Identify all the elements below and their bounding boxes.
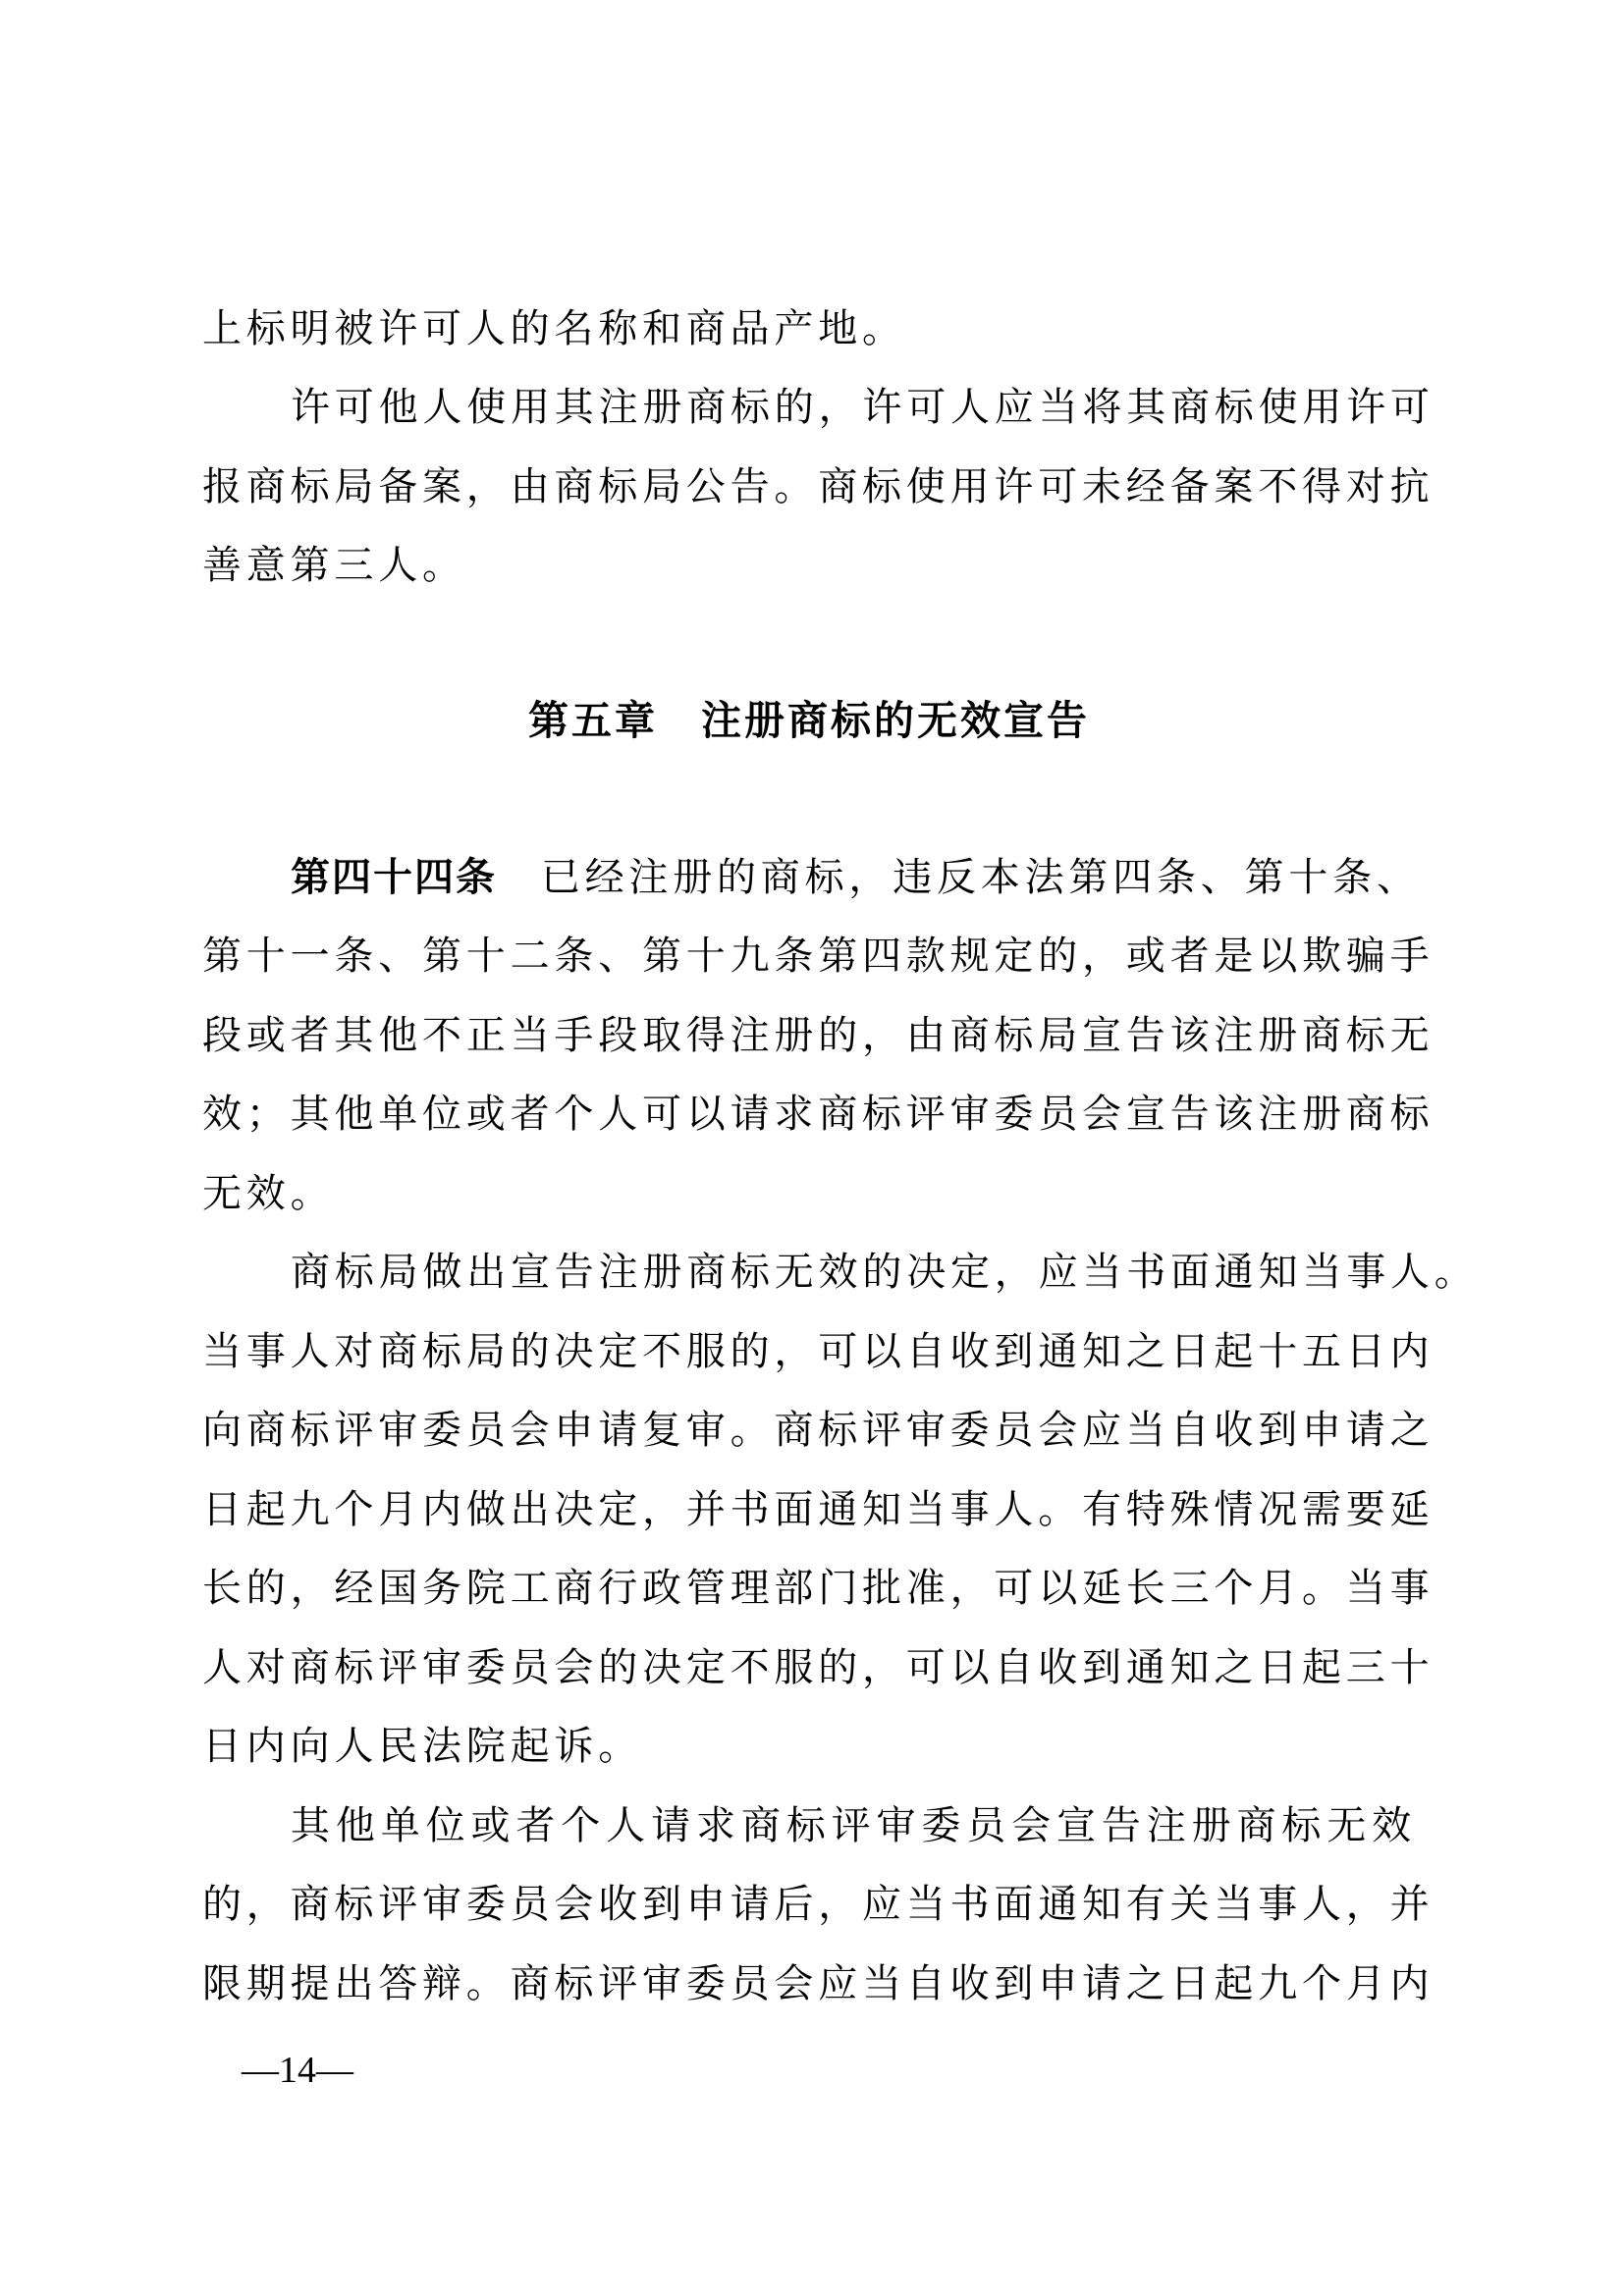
- paragraph-line: 许可他人使用其注册商标的，许可人应当将其商标使用许可: [291, 368, 1416, 447]
- paragraph-line: 第十一条、第十二条、第十九条第四款规定的，或者是以欺骗手: [202, 917, 1416, 995]
- paragraph-line: 其他单位或者个人请求商标评审委员会宣告注册商标无效: [291, 1787, 1416, 1865]
- paragraph-line: 效；其他单位或者个人可以请求商标评审委员会宣告该注册商标: [202, 1075, 1416, 1153]
- paragraph-line: 日内向人民法院起诉。: [202, 1707, 1416, 1786]
- paragraph-line: 无效。: [202, 1154, 1416, 1233]
- paragraph-line: 长的，经国务院工商行政管理部门批准，可以延长三个月。当事: [202, 1549, 1416, 1628]
- article-label: 第四十四条: [291, 855, 497, 900]
- article-first-line: 第四十四条 已经注册的商标，违反本法第四条、第十条、: [291, 838, 1416, 917]
- paragraph-line: 的，商标评审委员会收到申请后，应当书面通知有关当事人，并: [202, 1865, 1416, 1944]
- article-spacer: [497, 855, 541, 900]
- paragraph-line: 当事人对商标局的决定不服的，可以自收到通知之日起十五日内: [202, 1312, 1416, 1391]
- paragraph-line: 报商标局备案，由商标局公告。商标使用许可未经备案不得对抗: [202, 448, 1416, 526]
- paragraph-line: 善意第三人。: [202, 526, 1416, 605]
- paragraph-line: 日起九个月内做出决定，并书面通知当事人。有特殊情况需要延: [202, 1470, 1416, 1549]
- chapter-heading: 第五章 注册商标的无效宣告: [202, 681, 1416, 760]
- paragraph-line: 段或者其他不正当手段取得注册的，由商标局宣告该注册商标无: [202, 996, 1416, 1075]
- paragraph-line: 商标局做出宣告注册商标无效的决定，应当书面通知当事人。: [291, 1233, 1422, 1311]
- paragraph-line: 人对商标评审委员会的决定不服的，可以自收到通知之日起三十: [202, 1629, 1416, 1707]
- document-page: 上标明被许可人的名称和商品产地。 许可他人使用其注册商标的，许可人应当将其商标使…: [0, 0, 1624, 2296]
- paragraph-line: 限期提出答辩。商标评审委员会应当自收到申请之日起九个月内: [202, 1945, 1416, 2023]
- article-text: 已经注册的商标，违反本法第四条、第十条、: [541, 855, 1421, 900]
- paragraph-line: 上标明被许可人的名称和商品产地。: [202, 290, 1416, 368]
- page-number: —14—: [242, 2046, 353, 2095]
- paragraph-line: 向商标评审委员会申请复审。商标评审委员会应当自收到申请之: [202, 1391, 1416, 1469]
